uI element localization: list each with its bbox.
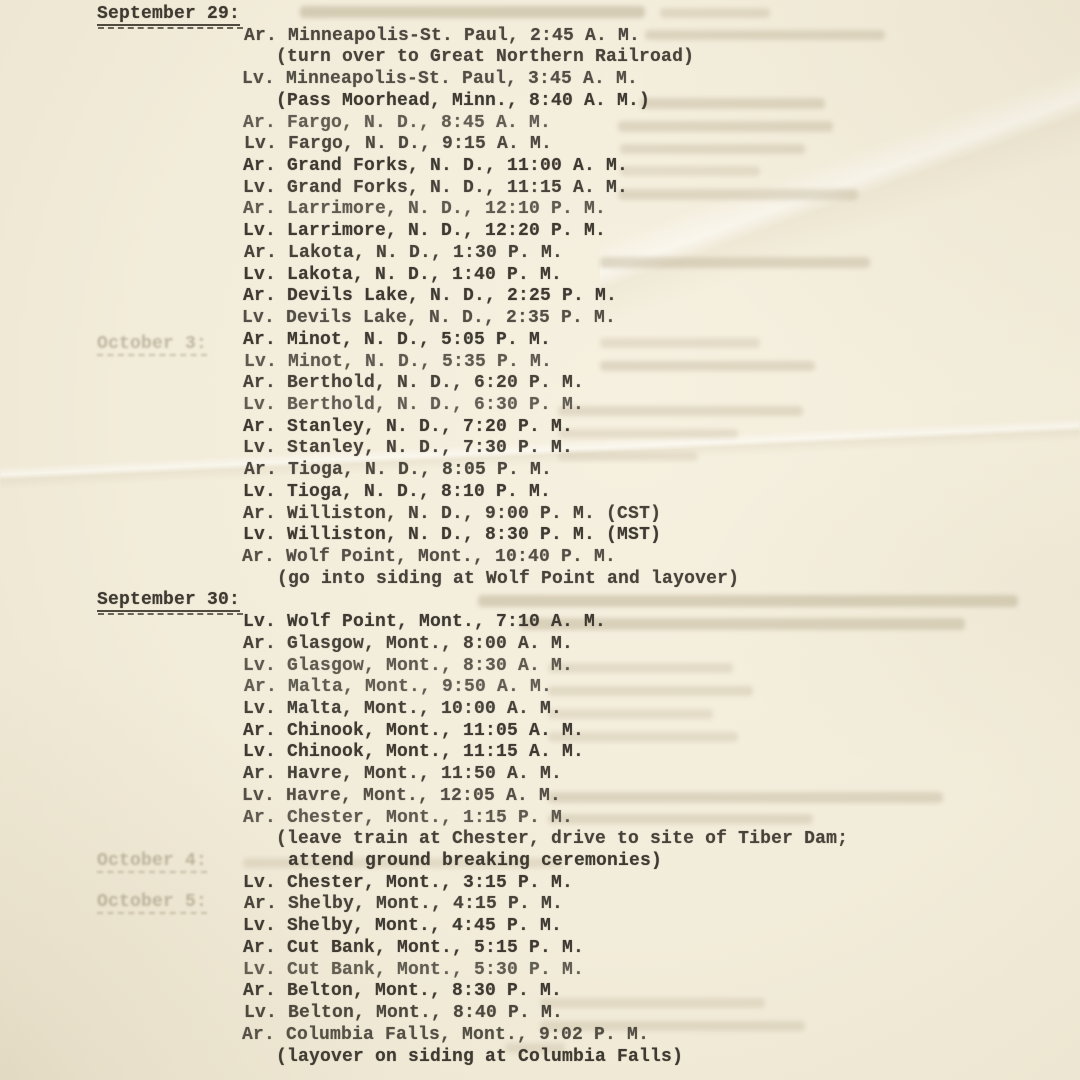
schedule-entry: Ar. Belton, Mont., 8:30 P. M. <box>243 981 1080 1003</box>
schedule-note: (go into siding at Wolf Point and layove… <box>277 569 1080 591</box>
schedule-entry: Lv. Fargo, N. D., 9:15 A. M. <box>244 134 1080 156</box>
schedule-entry: Ar. Malta, Mont., 9:50 A. M. <box>244 677 1080 699</box>
schedule-entry: Ar. Shelby, Mont., 4:15 P. M. <box>244 894 1080 916</box>
schedule-entry: Ar. Stanley, N. D., 7:20 P. M. <box>243 417 1080 439</box>
schedule-entry: Lv. Wolf Point, Mont., 7:10 A. M. <box>243 612 1080 634</box>
schedule-entry: Lv. Glasgow, Mont., 8:30 A. M. <box>243 656 1080 678</box>
schedule-entry: Ar. Berthold, N. D., 6:20 P. M. <box>243 373 1080 395</box>
schedule-entry: Lv. Cut Bank, Mont., 5:30 P. M. <box>243 960 1080 982</box>
schedule-entry: Ar. Larrimore, N. D., 12:10 P. M. <box>243 199 1080 221</box>
schedule-entry: Ar. Devils Lake, N. D., 2:25 P. M. <box>243 286 1080 308</box>
schedule-entry: Ar. Cut Bank, Mont., 5:15 P. M. <box>243 938 1080 960</box>
schedule-entry: Lv. Devils Lake, N. D., 2:35 P. M. <box>242 308 1079 330</box>
schedule-note: (Pass Moorhead, Minn., 8:40 A. M.) <box>276 91 1080 113</box>
schedule-note: (turn over to Great Northern Railroad) <box>276 47 1080 69</box>
schedule-entry: Lv. Berthold, N. D., 6:30 P. M. <box>243 395 1080 417</box>
schedule-entry: Ar. Chester, Mont., 1:15 P. M. <box>243 808 1080 830</box>
schedule-entry: Lv. Belton, Mont., 8:40 P. M. <box>244 1003 1080 1025</box>
schedule-entry: Ar. Wolf Point, Mont., 10:40 P. M. <box>242 547 1079 569</box>
schedule-entry: Ar. Grand Forks, N. D., 11:00 A. M. <box>243 156 1080 178</box>
schedule-entry: Lv. Chinook, Mont., 11:15 A. M. <box>243 742 1080 764</box>
date-heading: September 29: <box>97 4 1080 26</box>
schedule-note: (leave train at Chester, drive to site o… <box>276 829 1080 851</box>
schedule-entry: Ar. Lakota, N. D., 1:30 P. M. <box>244 243 1080 265</box>
schedule-entry: Lv. Chester, Mont., 3:15 P. M. <box>243 873 1080 895</box>
schedule-entry: Ar. Minneapolis-St. Paul, 2:45 A. M. <box>244 26 1080 48</box>
schedule-note: attend ground breaking ceremonies) <box>288 851 1080 873</box>
typed-itinerary: September 29:Ar. Minneapolis-St. Paul, 2… <box>0 4 1080 1068</box>
schedule-entry: Lv. Grand Forks, N. D., 11:15 A. M. <box>243 178 1080 200</box>
schedule-entry: Ar. Chinook, Mont., 11:05 A. M. <box>243 721 1080 743</box>
schedule-entry: Lv. Minot, N. D., 5:35 P. M. <box>244 352 1080 374</box>
schedule-entry: Ar. Tioga, N. D., 8:05 P. M. <box>244 460 1080 482</box>
date-heading-text: September 30: <box>97 590 240 612</box>
date-heading-text: September 29: <box>97 4 240 26</box>
schedule-entry: Ar. Fargo, N. D., 8:45 A. M. <box>243 113 1080 135</box>
schedule-entry: Ar. Minot, N. D., 5:05 P. M. <box>243 330 1080 352</box>
schedule-entry: Lv. Minneapolis-St. Paul, 3:45 A. M. <box>242 69 1079 91</box>
schedule-entry: Lv. Shelby, Mont., 4:45 P. M. <box>243 916 1080 938</box>
schedule-entry: Lv. Havre, Mont., 12:05 A. M. <box>242 786 1079 808</box>
schedule-entry: Lv. Lakota, N. D., 1:40 P. M. <box>243 265 1080 287</box>
schedule-entry: Lv. Stanley, N. D., 7:30 P. M. <box>243 438 1080 460</box>
schedule-entry: Ar. Havre, Mont., 11:50 A. M. <box>243 764 1080 786</box>
schedule-entry: Lv. Williston, N. D., 8:30 P. M. (MST) <box>243 525 1080 547</box>
schedule-entry: Lv. Tioga, N. D., 8:10 P. M. <box>243 482 1080 504</box>
schedule-entry: Lv. Larrimore, N. D., 12:20 P. M. <box>243 221 1080 243</box>
date-heading: September 30: <box>97 590 1080 612</box>
schedule-entry: Ar. Columbia Falls, Mont., 9:02 P. M. <box>242 1025 1079 1047</box>
schedule-note: (layover on siding at Columbia Falls) <box>276 1047 1080 1069</box>
schedule-entry: Ar. Williston, N. D., 9:00 P. M. (CST) <box>243 504 1080 526</box>
document-page: October 3: October 4: October 5: Septemb… <box>0 0 1080 1080</box>
schedule-entry: Lv. Malta, Mont., 10:00 A. M. <box>243 699 1080 721</box>
schedule-entry: Ar. Glasgow, Mont., 8:00 A. M. <box>243 634 1080 656</box>
